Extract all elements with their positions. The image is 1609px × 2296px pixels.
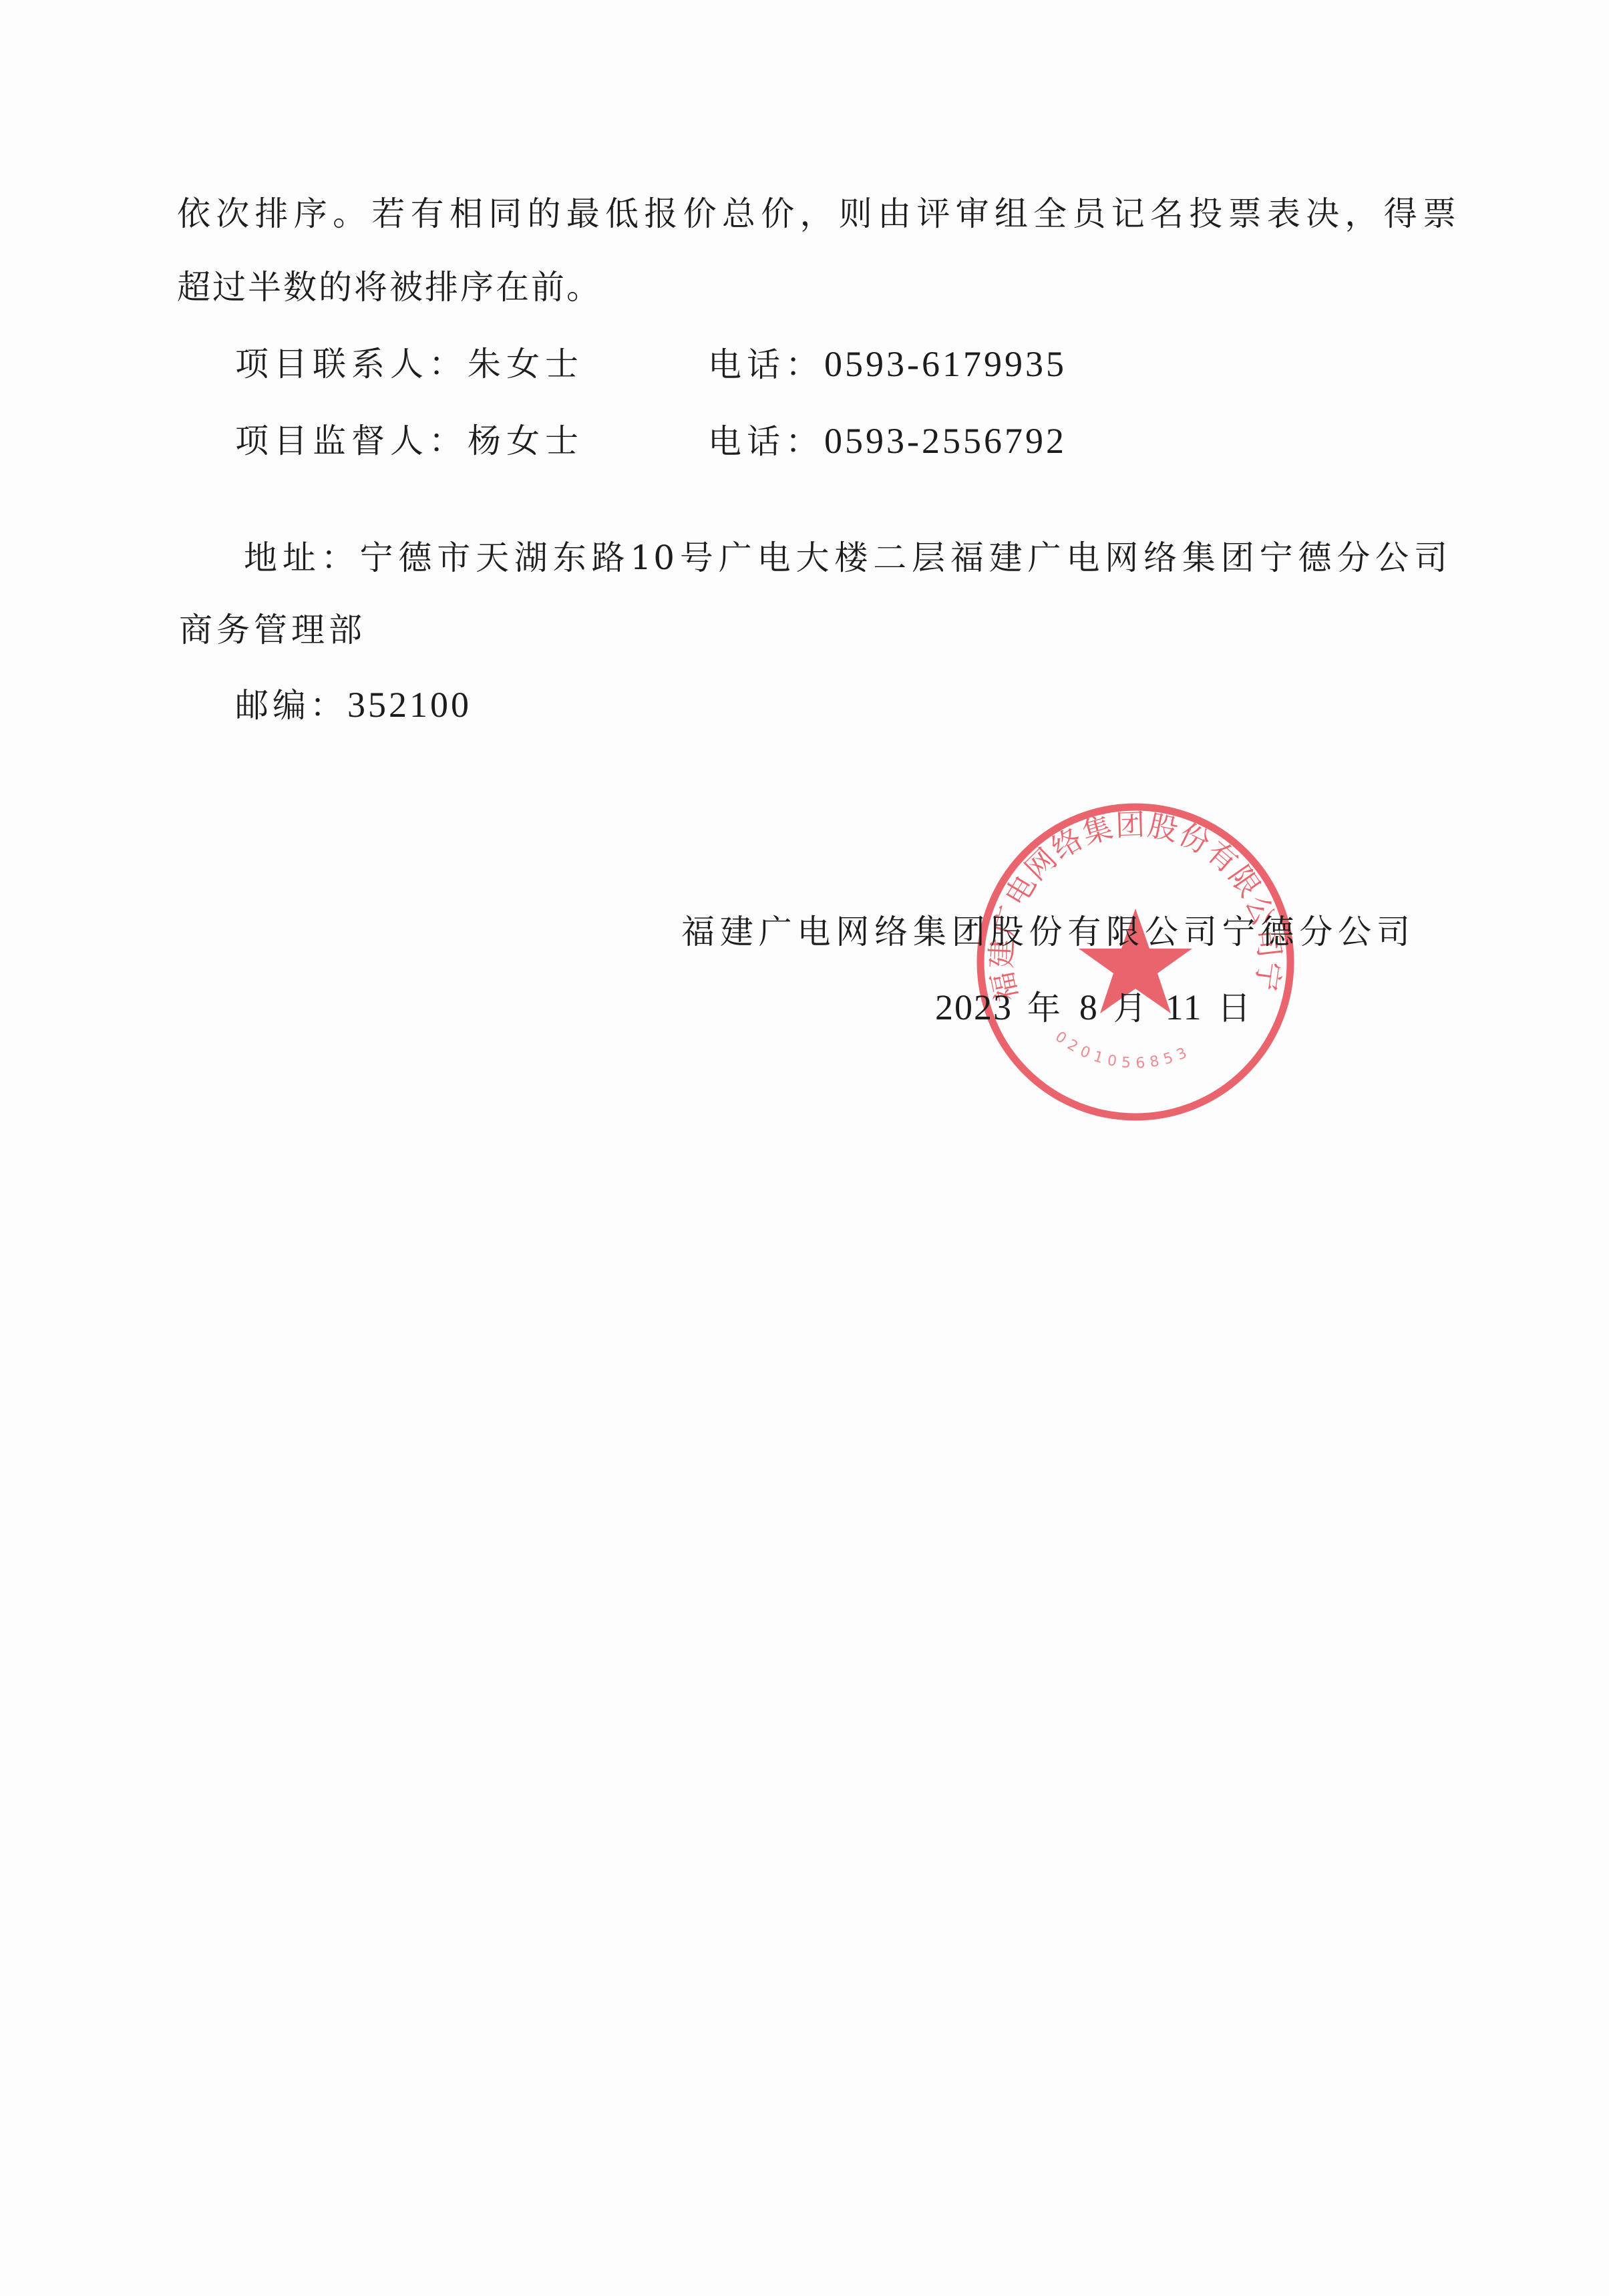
address-text: 宁德市天湖东路10号广电大楼二层福建广电网络集团宁德分公司 <box>360 538 1449 577</box>
supervisor-person: 项目监督人：杨女士 <box>235 421 584 461</box>
contact-person: 项目联系人：朱女士 <box>235 344 584 384</box>
phone-label: 电话： <box>708 345 824 384</box>
phone-label: 电话： <box>708 422 824 461</box>
address-line-1: 地址：宁德市天湖东路10号广电大楼二层福建广电网络集团宁德分公司 <box>244 538 1449 578</box>
phone-number: 0593-2556792 <box>824 421 1067 461</box>
seal-icon: 福建广电网络集团股份有限公司宁德分公司 0201056853 <box>972 798 1299 1126</box>
seal-serial-number: 0201056853 <box>1052 1029 1194 1072</box>
contact-name: 朱女士 <box>468 345 584 383</box>
phone-number: 0593-6179935 <box>824 344 1067 384</box>
paragraph-line-1: 依次排序。若有相同的最低报价总价，则由评审组全员记名投票表决，得票 <box>177 194 1458 234</box>
date-month: 8 <box>1079 987 1099 1027</box>
address-label: 地址： <box>244 538 360 577</box>
date-month-unit: 月 <box>1113 989 1151 1027</box>
supervisor-phone: 电话：0593-2556792 <box>708 421 1067 462</box>
address-line-2: 商务管理部 <box>179 610 366 650</box>
postcode-value: 352100 <box>347 685 472 725</box>
date-year-unit: 年 <box>1027 989 1065 1027</box>
official-seal-stamp: 福建广电网络集团股份有限公司宁德分公司 0201056853 <box>972 798 1299 1126</box>
document-page: 依次排序。若有相同的最低报价总价，则由评审组全员记名投票表决，得票 超过半数的将… <box>0 0 1609 2296</box>
supervisor-name: 杨女士 <box>468 422 584 460</box>
contact-role-label: 项目联系人： <box>235 345 468 383</box>
signature-date: 2023 年 8 月 11 日 <box>935 987 1255 1028</box>
date-year: 2023 <box>935 987 1013 1027</box>
contact-phone: 电话：0593-6179935 <box>708 344 1067 385</box>
paragraph-line-2: 超过半数的将被排序在前。 <box>177 267 602 307</box>
date-day: 11 <box>1166 987 1203 1027</box>
postcode-line: 邮编：352100 <box>235 685 472 725</box>
date-day-unit: 日 <box>1218 989 1255 1027</box>
postcode-label: 邮编： <box>235 686 347 725</box>
supervisor-role-label: 项目监督人： <box>235 422 468 460</box>
svg-text:0201056853: 0201056853 <box>1052 1029 1194 1072</box>
signature-company: 福建广电网络集团股份有限公司宁德分公司 <box>681 912 1413 952</box>
